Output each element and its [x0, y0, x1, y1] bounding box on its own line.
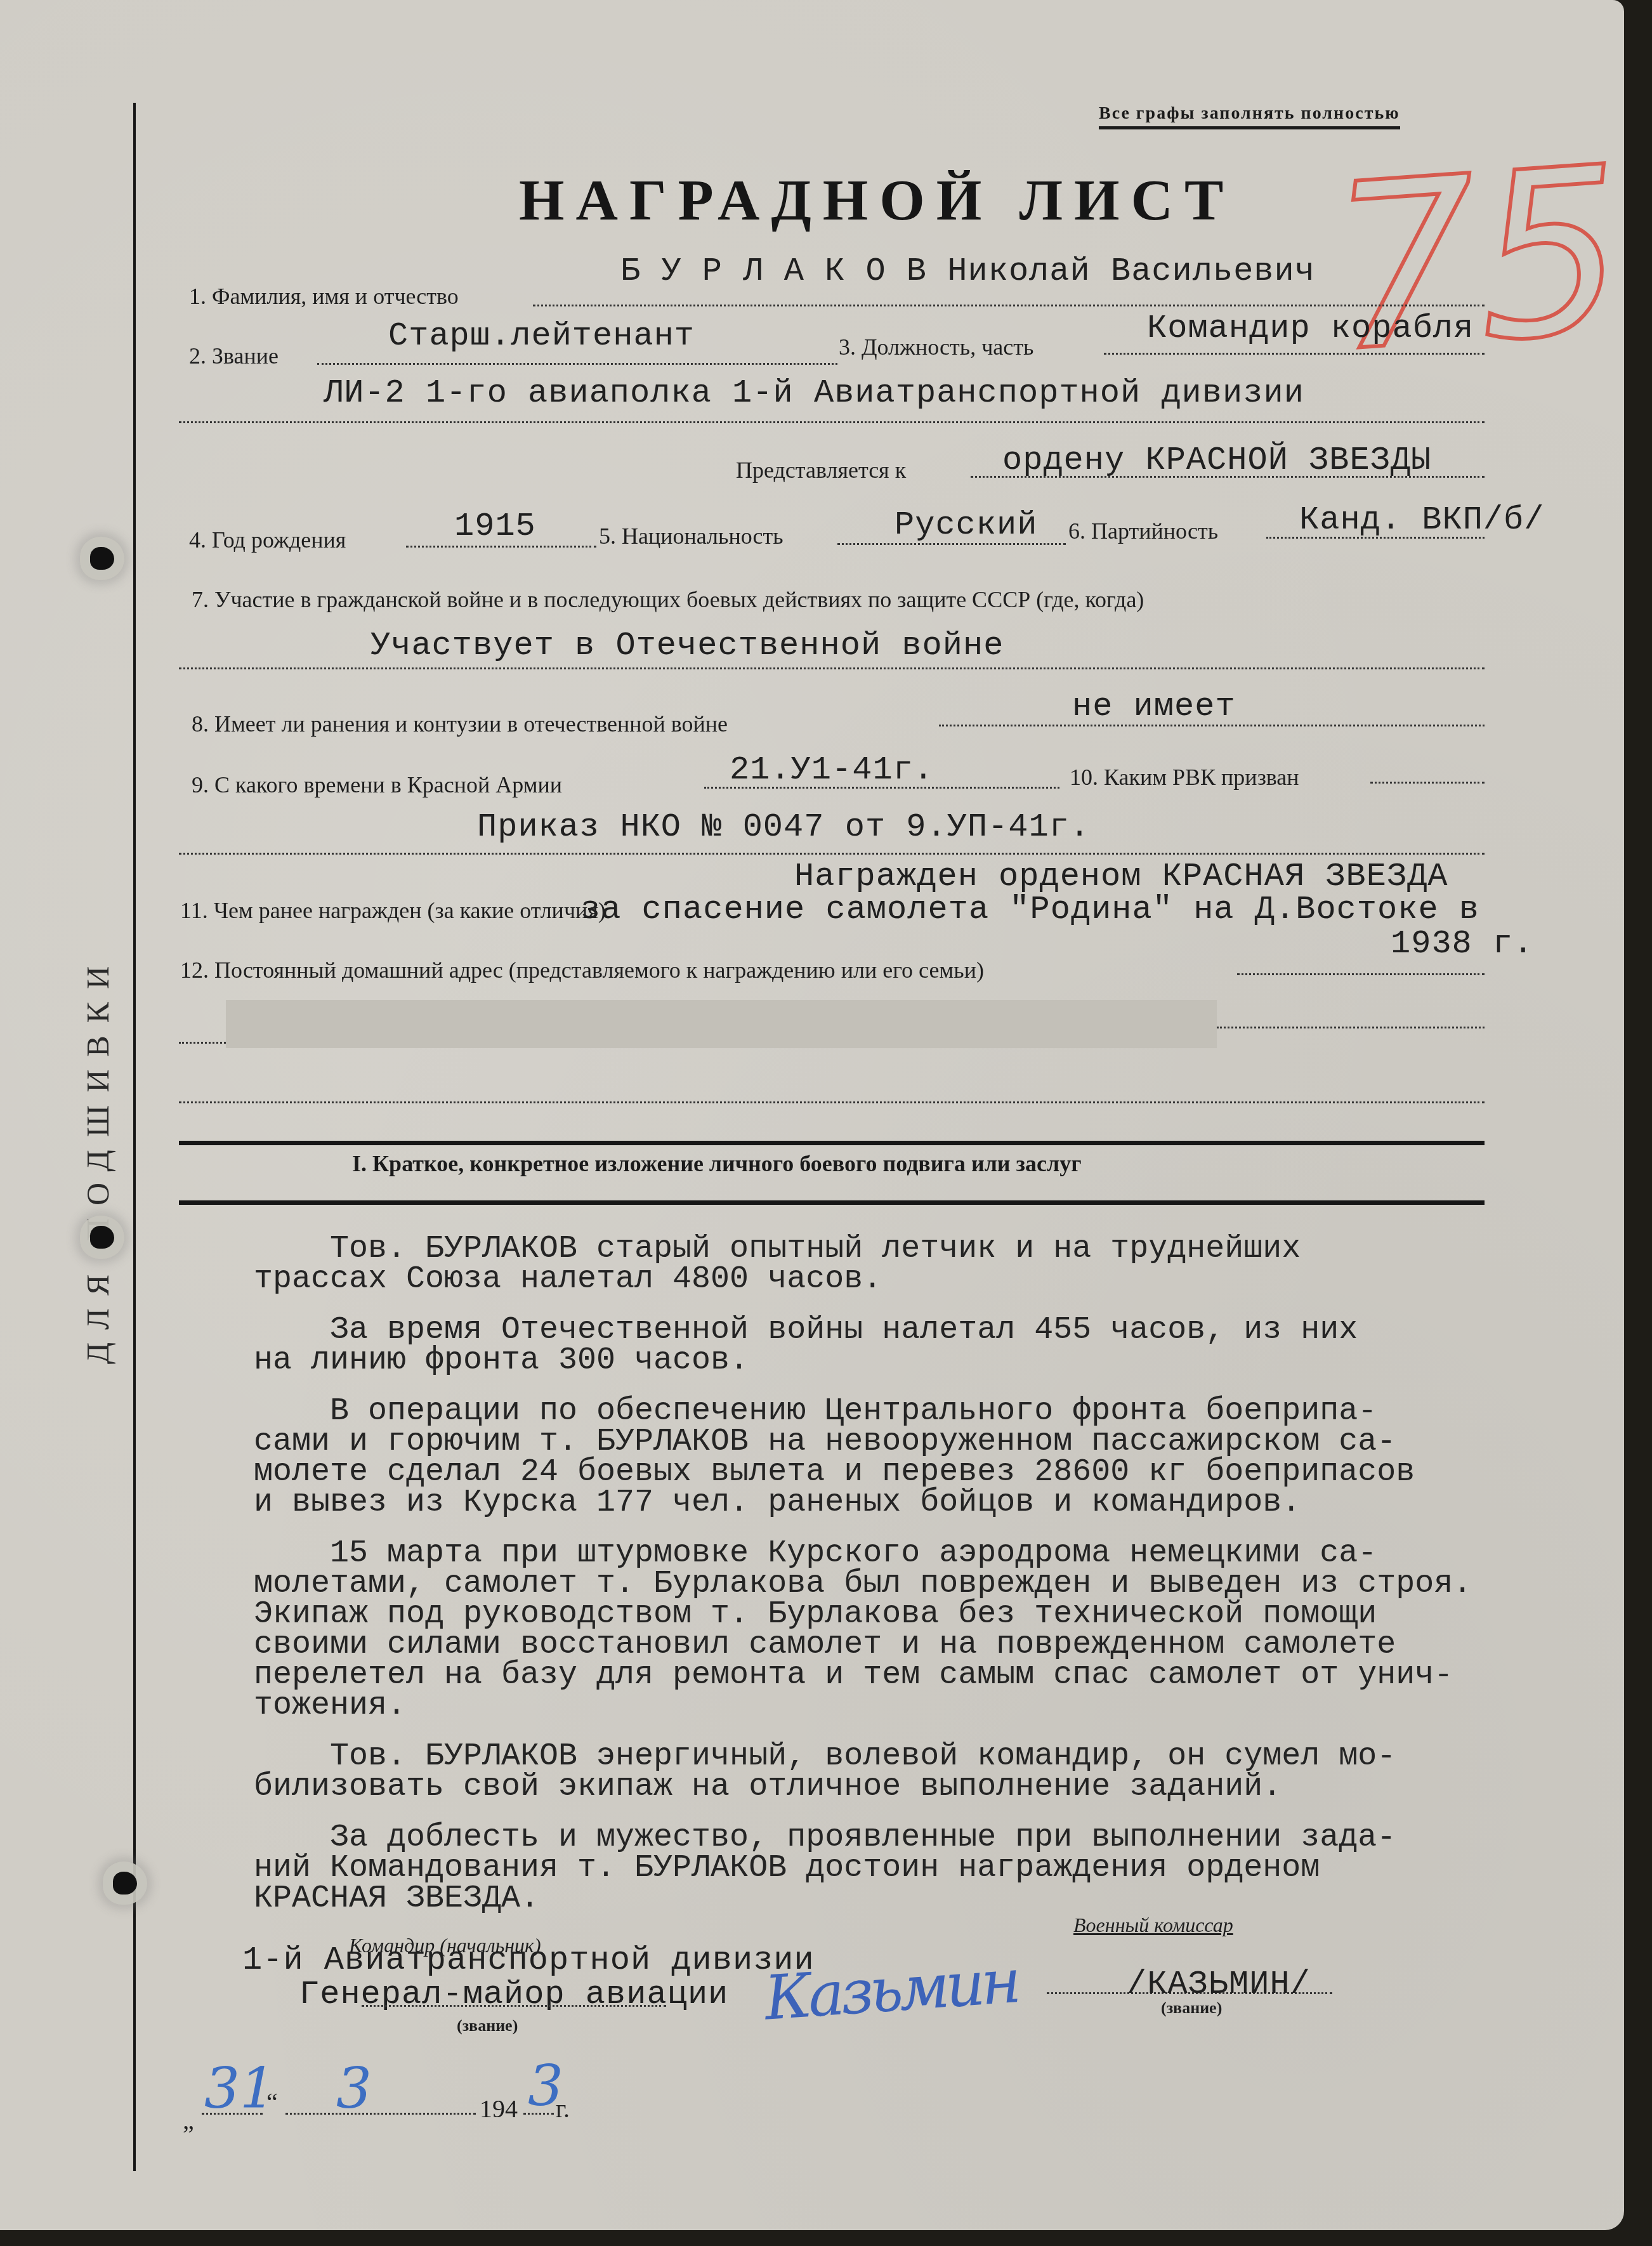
field-3-line-2: [179, 421, 1485, 423]
date-day-line: [202, 2113, 263, 2115]
field-8-value: не имеет: [1072, 688, 1236, 725]
date-year-suffix: г.: [556, 2094, 570, 2124]
field-12-label: 12. Постоянный домашний адрес (представл…: [180, 957, 984, 983]
section-top-rule: [179, 1141, 1485, 1145]
binding-margin-line: [133, 103, 136, 2171]
field-10-label: 10. Каким РВК призван: [1070, 764, 1299, 791]
section-bottom-rule: [179, 1200, 1485, 1205]
document-title: НАГРАДНОЙ ЛИСТ: [519, 166, 1235, 233]
field-10-line: [1370, 782, 1485, 784]
field-10-value: Приказ НКО № 0047 от 9.УП-41г.: [477, 808, 1090, 846]
field-12-line-2: [179, 1042, 226, 1044]
field-1-label: 1. Фамилия, имя и отчество: [189, 283, 459, 310]
field-7-label: 7. Участие в гражданской войне и в после…: [192, 586, 1144, 613]
date-close-quote: “: [266, 2087, 278, 2117]
field-7-line: [179, 667, 1485, 669]
field-1-line: [533, 305, 1485, 306]
field-2-label: 2. Звание: [189, 343, 279, 369]
field-4-value: 1915: [454, 508, 536, 545]
rank-line: [362, 2005, 666, 2007]
field-3-value-continued: ЛИ-2 1-го авиаполка 1-й Авиатранспортной…: [324, 374, 1304, 412]
field-8-label: 8. Имеет ли ранения и контузии в отечест…: [192, 711, 728, 737]
field-4-line: [406, 546, 596, 548]
field-3-label: 3. Должность, часть: [839, 334, 1033, 360]
signatory-name: /КАЗЬМИН/: [1127, 1966, 1311, 2003]
date-month-line: [285, 2113, 476, 2115]
binding-note: ДЛЯ ПОДШИВКИ: [79, 954, 116, 1364]
field-12-line: [1237, 973, 1485, 975]
field-2-line: [317, 363, 837, 365]
merit-paragraph: 15 марта при штурмовке Курского аэродром…: [254, 1539, 1618, 1721]
fill-instruction: Все графы заполнять полностью: [1099, 103, 1400, 129]
merit-paragraph: В операции по обеспечению Центрального ф…: [254, 1396, 1618, 1518]
merit-paragraph: За время Отечественной войны налетал 455…: [254, 1315, 1618, 1376]
field-9-value: 21.У1-41г.: [730, 751, 934, 789]
date-day: 31: [204, 2056, 275, 2121]
redacted-address: [226, 1000, 1217, 1048]
nominated-value: ордену КРАСНОЙ ЗВЕЗДЫ: [1002, 442, 1431, 479]
field-11-value-line1: Награжден орденом КРАСНАЯ ЗВЕЗДА: [794, 858, 1448, 895]
commissar-label: Военный комиссар: [1073, 1914, 1233, 1937]
signature-rank: Генерал-майор авиации: [299, 1976, 728, 2013]
field-2-value: Старш.лейтенант: [388, 317, 695, 355]
date-open-quote: „: [183, 2105, 194, 2135]
field-4-label: 4. Год рождения: [189, 527, 346, 553]
nominated-label: Представляется к: [736, 457, 906, 483]
field-3-line: [1104, 353, 1485, 355]
punch-hole: [90, 1226, 114, 1249]
field-12-line-3: [179, 1101, 1485, 1103]
field-1-value: Б У Р Л А К О В Николай Васильевич: [620, 253, 1315, 290]
field-11-value-line2: за спасение самолета "Родина" на Д.Восто…: [580, 891, 1479, 928]
field-11-value-line3: 1938 г.: [1391, 925, 1533, 962]
field-5-label: 5. Национальность: [599, 523, 783, 549]
date-month: 3: [336, 2056, 372, 2121]
section-1-heading: I. Краткое, конкретное изложение личного…: [352, 1150, 1082, 1177]
date-year-line: [523, 2113, 554, 2115]
merit-paragraph: Тов. БУРЛАКОВ старый опытный летчик и на…: [254, 1234, 1618, 1295]
signature-unit: 1-й Авиатранспортной дивизии: [242, 1941, 815, 1979]
field-6-label: 6. Партийность: [1068, 518, 1218, 544]
merit-paragraph: За доблесть и мужество, проявленные при …: [254, 1823, 1618, 1914]
punch-hole: [90, 547, 114, 570]
field-11-label: 11. Чем ранее награжден (за какие отличи…: [180, 897, 606, 924]
field-12-line-2b: [1217, 1027, 1485, 1028]
merit-paragraph: Тов. БУРЛАКОВ энергичный, волевой команд…: [254, 1742, 1618, 1803]
field-7-value: Участвует в Отечественной войне: [370, 627, 1004, 664]
punch-hole: [113, 1872, 137, 1895]
rank-caption-right: (звание): [1161, 1999, 1222, 2018]
field-3-value: Командир корабля: [1147, 310, 1474, 347]
field-5-value: Русский: [895, 506, 1037, 544]
field-10-line-2: [179, 853, 1485, 855]
date-year-prefix: 194: [480, 2094, 518, 2124]
merit-description: Тов. БУРЛАКОВ старый опытный летчик и на…: [254, 1234, 1618, 1934]
rank-caption: (звание): [457, 2016, 518, 2035]
field-9-label: 9. С какого времени в Красной Армии: [192, 772, 562, 798]
award-sheet-page: ДЛЯ ПОДШИВКИ Все графы заполнять полност…: [0, 0, 1624, 2230]
field-6-value: Канд. ВКП/б/: [1299, 501, 1544, 539]
